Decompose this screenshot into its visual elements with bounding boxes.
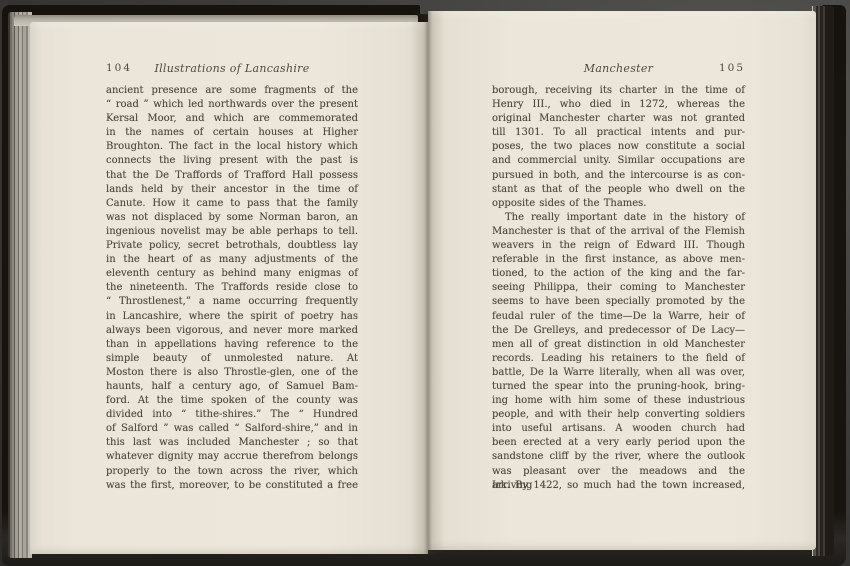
text-line: was the first, moreover, to be constitut… — [106, 479, 358, 493]
text-line: was pleasant over the meadows and the ar… — [492, 465, 745, 479]
text-line: poses, the two places now constitute a s… — [492, 140, 745, 154]
text-line: seems to have been specially promoted by… — [492, 295, 745, 309]
text-line: eleventh century as behind many enigmas … — [106, 267, 358, 281]
text-line: in Lancashire, where the spirit of poetr… — [106, 310, 358, 324]
text-line: Moston there is also Throstle-glen, one … — [106, 366, 358, 380]
text-line: this last was included Manchester ; so t… — [106, 436, 358, 450]
text-line: lands held by their ancestor in the time… — [106, 183, 358, 197]
text-line: Canute. How it came to pass that the fam… — [106, 197, 358, 211]
text-line: sandstone cliff by the river, where the … — [492, 450, 745, 464]
text-line: Broughton. The fact in the local history… — [106, 140, 358, 154]
text-line: Irk. By 1422, so much had the town incre… — [492, 479, 745, 493]
text-line: feudal ruler of the time—De la Warre, he… — [492, 310, 745, 324]
right-page-text: borough, receiving its charter in the ti… — [492, 84, 745, 493]
text-line: the De Grelleys, and predecessor of De L… — [492, 324, 745, 338]
text-line: turned the spear into the pruning-hook, … — [492, 380, 745, 394]
text-line: haunts, half a century ago, of Samuel Ba… — [106, 380, 358, 394]
right-running-header: Manchester — [492, 62, 745, 75]
text-line: tioned, to the action of the king and th… — [492, 267, 745, 281]
text-line: ing home with him some of these industri… — [492, 394, 745, 408]
text-line: stant as that of the people who dwell on… — [492, 183, 745, 197]
text-line: been erected at a very early period upon… — [492, 436, 745, 450]
text-line: and commercial unity. Similar occupation… — [492, 154, 745, 168]
text-line: borough, receiving its charter in the ti… — [492, 84, 745, 98]
text-line: referable in the first instance, as abov… — [492, 253, 745, 267]
book-photo: 104 Illustrations of Lancashire ancient … — [0, 0, 850, 566]
right-page-number: 105 — [719, 62, 745, 74]
text-line: divided into “ tithe-shires.” The “ Hund… — [106, 408, 358, 422]
text-line: ford. At the time spoken of the county w… — [106, 394, 358, 408]
text-line: The really important date in the history… — [492, 211, 745, 225]
text-line: than in appellations having reference to… — [106, 338, 358, 352]
text-line: into useful artisans. A wooden church ha… — [492, 422, 745, 436]
text-line: “ road ” which led northwards over the p… — [106, 98, 358, 112]
text-line: pursued in both, and the intercourse is … — [492, 169, 745, 183]
text-line: men all of great distinction in old Manc… — [492, 338, 745, 352]
text-line: Private policy, secret betrothals, doubt… — [106, 239, 358, 253]
text-line: whatever dignity may accrue therefrom be… — [106, 450, 358, 464]
text-line: always been vigorous, and never more mar… — [106, 324, 358, 338]
text-line: connects the living present with the pas… — [106, 154, 358, 168]
text-line: simple beauty of unmolested nature. At — [106, 352, 358, 366]
text-line: Manchester is that of the arrival of the… — [492, 225, 745, 239]
text-line: ancient presence are some fragments of t… — [106, 84, 358, 98]
left-page-header: 104 Illustrations of Lancashire — [106, 62, 358, 78]
text-line: seeing Philippa, their coming to Manches… — [492, 281, 745, 295]
text-line: people, and with their help converting s… — [492, 408, 745, 422]
text-line: Henry III., who died in 1272, whereas th… — [492, 98, 745, 112]
left-page: 104 Illustrations of Lancashire ancient … — [30, 22, 428, 554]
text-line: “ Throstlenest,” a name occurring freque… — [106, 295, 358, 309]
left-page-text: ancient presence are some fragments of t… — [106, 84, 358, 493]
text-line: Kersal Moor, and which are commemorated — [106, 112, 358, 126]
text-line: ingenious novelist may be able perhaps t… — [106, 225, 358, 239]
right-page: Manchester 105 borough, receiving its ch… — [428, 11, 816, 550]
text-line: the nineteenth. The Traffords reside clo… — [106, 281, 358, 295]
left-running-header: Illustrations of Lancashire — [106, 62, 358, 75]
text-line: in the heart of as many adjustments of t… — [106, 253, 358, 267]
text-line: till 1301. To all practical intents and … — [492, 126, 745, 140]
text-line: of Salford ” was called “ Salford-shire,… — [106, 422, 358, 436]
text-line: properly to the town across the river, w… — [106, 465, 358, 479]
text-line: original Manchester charter was not gran… — [492, 112, 745, 126]
text-line: was not displaced by some Norman baron, … — [106, 211, 358, 225]
left-page-number: 104 — [106, 62, 132, 74]
text-line: weavers in the reign of Edward III. Thou… — [492, 239, 745, 253]
text-line: in the names of certain houses at Higher — [106, 126, 358, 140]
right-page-header: Manchester 105 — [492, 62, 745, 78]
text-line: opposite sides of the Thames. — [492, 197, 745, 211]
page-stack-left-edge — [8, 12, 32, 558]
text-line: records. Leading his retainers to the fi… — [492, 352, 745, 366]
text-line: battle, De la Warre literally, when all … — [492, 366, 745, 380]
text-line: that the De Traffords of Trafford Hall p… — [106, 169, 358, 183]
